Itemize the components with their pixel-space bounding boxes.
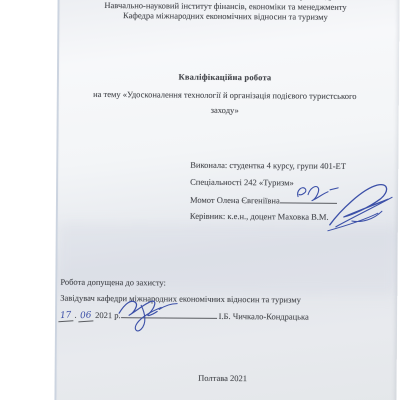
topic-line-2: заходу» — [59, 104, 391, 117]
date-day-handwritten: 17 — [58, 310, 74, 322]
head-signature — [111, 293, 187, 334]
supervisor-signature — [322, 181, 400, 238]
performed-by-line: Виконала: студентка 4 курсу, групи 401-Е… — [190, 160, 346, 178]
city-year: Полтава 2021 — [57, 372, 389, 385]
scanned-document: Національний університет «Полтавська пол… — [0, 0, 400, 400]
work-type-title: Кваліфікаційна робота — [59, 71, 391, 84]
date-month-handwritten: 06 — [77, 310, 93, 322]
topic-line-1: на тему «Удосконалення технології й орга… — [59, 89, 391, 102]
document-page: Національний університет «Полтавська пол… — [54, 0, 399, 400]
head-name: І.Б. Чичкало-Кондрацька — [217, 311, 309, 322]
student-name: Момот Олена Євгеніївна — [190, 195, 280, 206]
department-name: Кафедра міжнародних економічних відносин… — [59, 10, 391, 23]
admission-line: Робота допущена до захисту: — [60, 277, 166, 288]
